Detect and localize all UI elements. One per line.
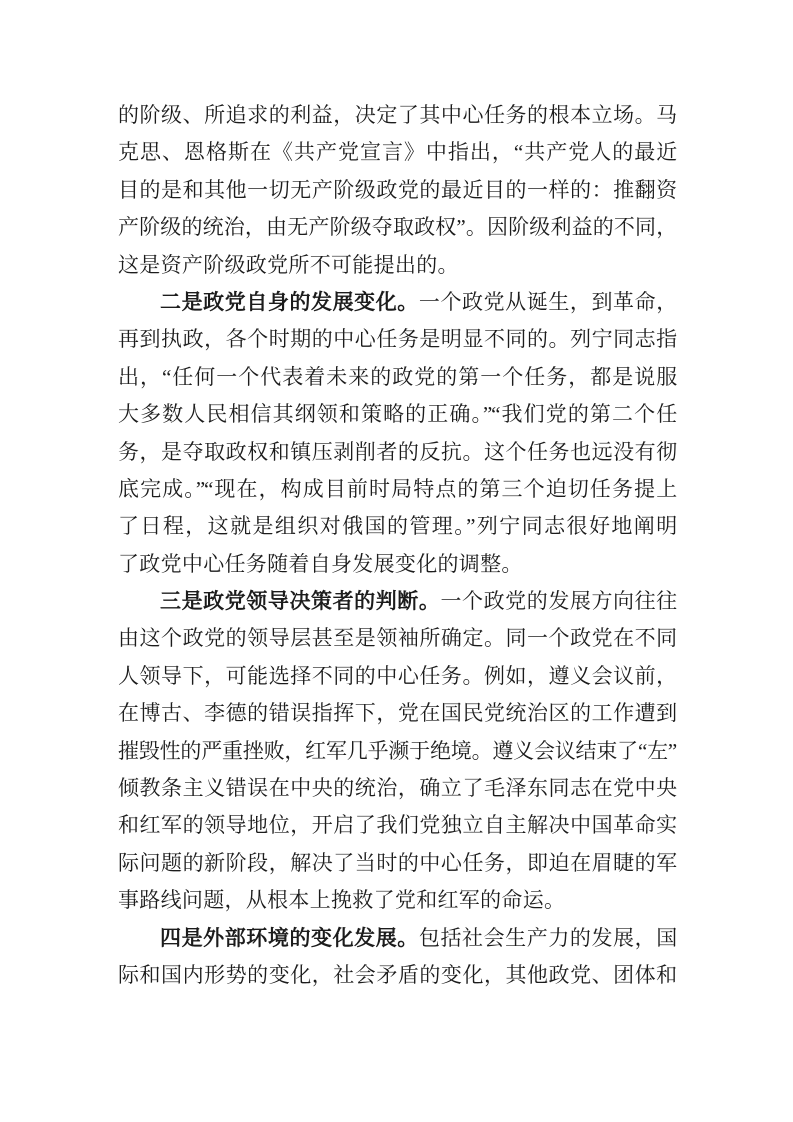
body-text-run: 务，是夺取政权和镇压剥削者的反抗。这个任务也远没有彻 — [118, 440, 676, 464]
body-text-run: 产阶级的统治，由无产阶级夺取政权”。因阶级利益的不同， — [118, 215, 676, 239]
body-text-run: 摧毁性的严重挫败，红军几乎濒于绝境。遵义会议结束了“左” — [118, 739, 676, 763]
body-text-run: 出，“任何一个代表着未来的政党的第一个任务，都是说服 — [118, 365, 676, 389]
body-text-run: 由这个政党的领导层甚至是领袖所确定。同一个政党在不同 — [118, 626, 676, 650]
text-line: 产阶级的统治，由无产阶级夺取政权”。因阶级利益的不同， — [118, 209, 676, 246]
text-line: 务，是夺取政权和镇压剥削者的反抗。这个任务也远没有彻 — [118, 434, 676, 471]
body-text-run: 底完成。”“现在，构成目前时局特点的第三个迫切任务提上 — [118, 477, 676, 501]
body-text-run: 在博古、李德的错误指挥下，党在国民党统治区的工作遭到 — [118, 701, 676, 725]
text-line: 由这个政党的领导层甚至是领袖所确定。同一个政党在不同 — [118, 620, 676, 657]
body-text-run: 克思、恩格斯在《共产党宣言》中指出，“共产党人的最近 — [118, 140, 676, 164]
text-line: 目的是和其他一切无产阶级政党的最近目的一样的：推翻资 — [118, 172, 676, 209]
bold-heading-run: 四是外部环境的变化发展。 — [160, 927, 419, 950]
text-line: 四是外部环境的变化发展。包括社会生产力的发展，国 — [118, 920, 676, 957]
text-line: 在博古、李德的错误指挥下，党在国民党统治区的工作遭到 — [118, 695, 676, 732]
document-text-block: 的阶级、所追求的利益，决定了其中心任务的根本立场。马克思、恩格斯在《共产党宣言》… — [118, 97, 676, 994]
paragraph-continuation: 的阶级、所追求的利益，决定了其中心任务的根本立场。马克思、恩格斯在《共产党宣言》… — [118, 97, 676, 284]
text-line: 出，“任何一个代表着未来的政党的第一个任务，都是说服 — [118, 359, 676, 396]
text-line: 的阶级、所追求的利益，决定了其中心任务的根本立场。马 — [118, 97, 676, 134]
text-line: 际和国内形势的变化，社会矛盾的变化，其他政党、团体和 — [118, 957, 676, 994]
body-text-run: 再到执政，各个时期的中心任务是明显不同的。列宁同志指 — [118, 327, 676, 351]
body-text-run: 一个政党从诞生，到革命， — [419, 290, 676, 314]
text-line: 大多数人民相信其纲领和策略的正确。”“我们党的第二个任 — [118, 396, 676, 433]
bold-heading-run: 二是政党自身的发展变化。 — [160, 291, 419, 314]
text-line: 摧毁性的严重挫败，红军几乎濒于绝境。遵义会议结束了“左” — [118, 733, 676, 770]
text-line: 了日程，这就是组织对俄国的管理。”列宁同志很好地阐明 — [118, 508, 676, 545]
body-text-run: 际问题的新阶段，解决了当时的中心任务，即迫在眉睫的军 — [118, 851, 676, 875]
paragraph-third-point: 三是政党领导决策者的判断。一个政党的发展方向往往由这个政党的领导层甚至是领袖所确… — [118, 583, 676, 920]
body-text-run: 了政党中心任务随着自身发展变化的调整。 — [118, 552, 523, 576]
text-line: 这是资产阶级政党所不可能提出的。 — [118, 247, 676, 284]
text-line: 和红军的领导地位，开启了我们党独立自主解决中国革命实 — [118, 807, 676, 844]
text-line: 了政党中心任务随着自身发展变化的调整。 — [118, 546, 676, 583]
text-line: 事路线问题，从根本上挽救了党和红军的命运。 — [118, 882, 676, 919]
text-line: 际问题的新阶段，解决了当时的中心任务，即迫在眉睫的军 — [118, 845, 676, 882]
text-line: 底完成。”“现在，构成目前时局特点的第三个迫切任务提上 — [118, 471, 676, 508]
body-text-run: 了日程，这就是组织对俄国的管理。”列宁同志很好地阐明 — [118, 514, 676, 538]
text-line: 倾教条主义错误在中央的统治，确立了毛泽东同志在党中央 — [118, 770, 676, 807]
body-text-run: 际和国内形势的变化，社会矛盾的变化，其他政党、团体和 — [118, 963, 676, 987]
body-text-run: 人领导下，可能选择不同的中心任务。例如，遵义会议前， — [118, 664, 676, 688]
text-line: 三是政党领导决策者的判断。一个政党的发展方向往往 — [118, 583, 676, 620]
body-text-run: 包括社会生产力的发展，国 — [419, 926, 676, 950]
body-text-run: 倾教条主义错误在中央的统治，确立了毛泽东同志在党中央 — [118, 776, 676, 800]
body-text-run: 和红军的领导地位，开启了我们党独立自主解决中国革命实 — [118, 813, 676, 837]
paragraph-fourth-point: 四是外部环境的变化发展。包括社会生产力的发展，国际和国内形势的变化，社会矛盾的变… — [118, 920, 676, 995]
paragraph-second-point: 二是政党自身的发展变化。一个政党从诞生，到革命，再到执政，各个时期的中心任务是明… — [118, 284, 676, 583]
body-text-run: 目的是和其他一切无产阶级政党的最近目的一样的：推翻资 — [118, 178, 676, 202]
text-line: 二是政党自身的发展变化。一个政党从诞生，到革命， — [118, 284, 676, 321]
text-line: 克思、恩格斯在《共产党宣言》中指出，“共产党人的最近 — [118, 134, 676, 171]
body-text-run: 大多数人民相信其纲领和策略的正确。”“我们党的第二个任 — [118, 402, 676, 426]
text-line: 人领导下，可能选择不同的中心任务。例如，遵义会议前， — [118, 658, 676, 695]
bold-heading-run: 三是政党领导决策者的判断。 — [160, 590, 440, 613]
body-text-run: 这是资产阶级政党所不可能提出的。 — [118, 253, 459, 277]
body-text-run: 的阶级、所追求的利益，决定了其中心任务的根本立场。马 — [118, 103, 676, 127]
body-text-run: 一个政党的发展方向往往 — [440, 589, 676, 613]
document-page: 的阶级、所追求的利益，决定了其中心任务的根本立场。马克思、恩格斯在《共产党宣言》… — [0, 0, 793, 1122]
text-line: 再到执政，各个时期的中心任务是明显不同的。列宁同志指 — [118, 321, 676, 358]
body-text-run: 事路线问题，从根本上挽救了党和红军的命运。 — [118, 888, 565, 912]
